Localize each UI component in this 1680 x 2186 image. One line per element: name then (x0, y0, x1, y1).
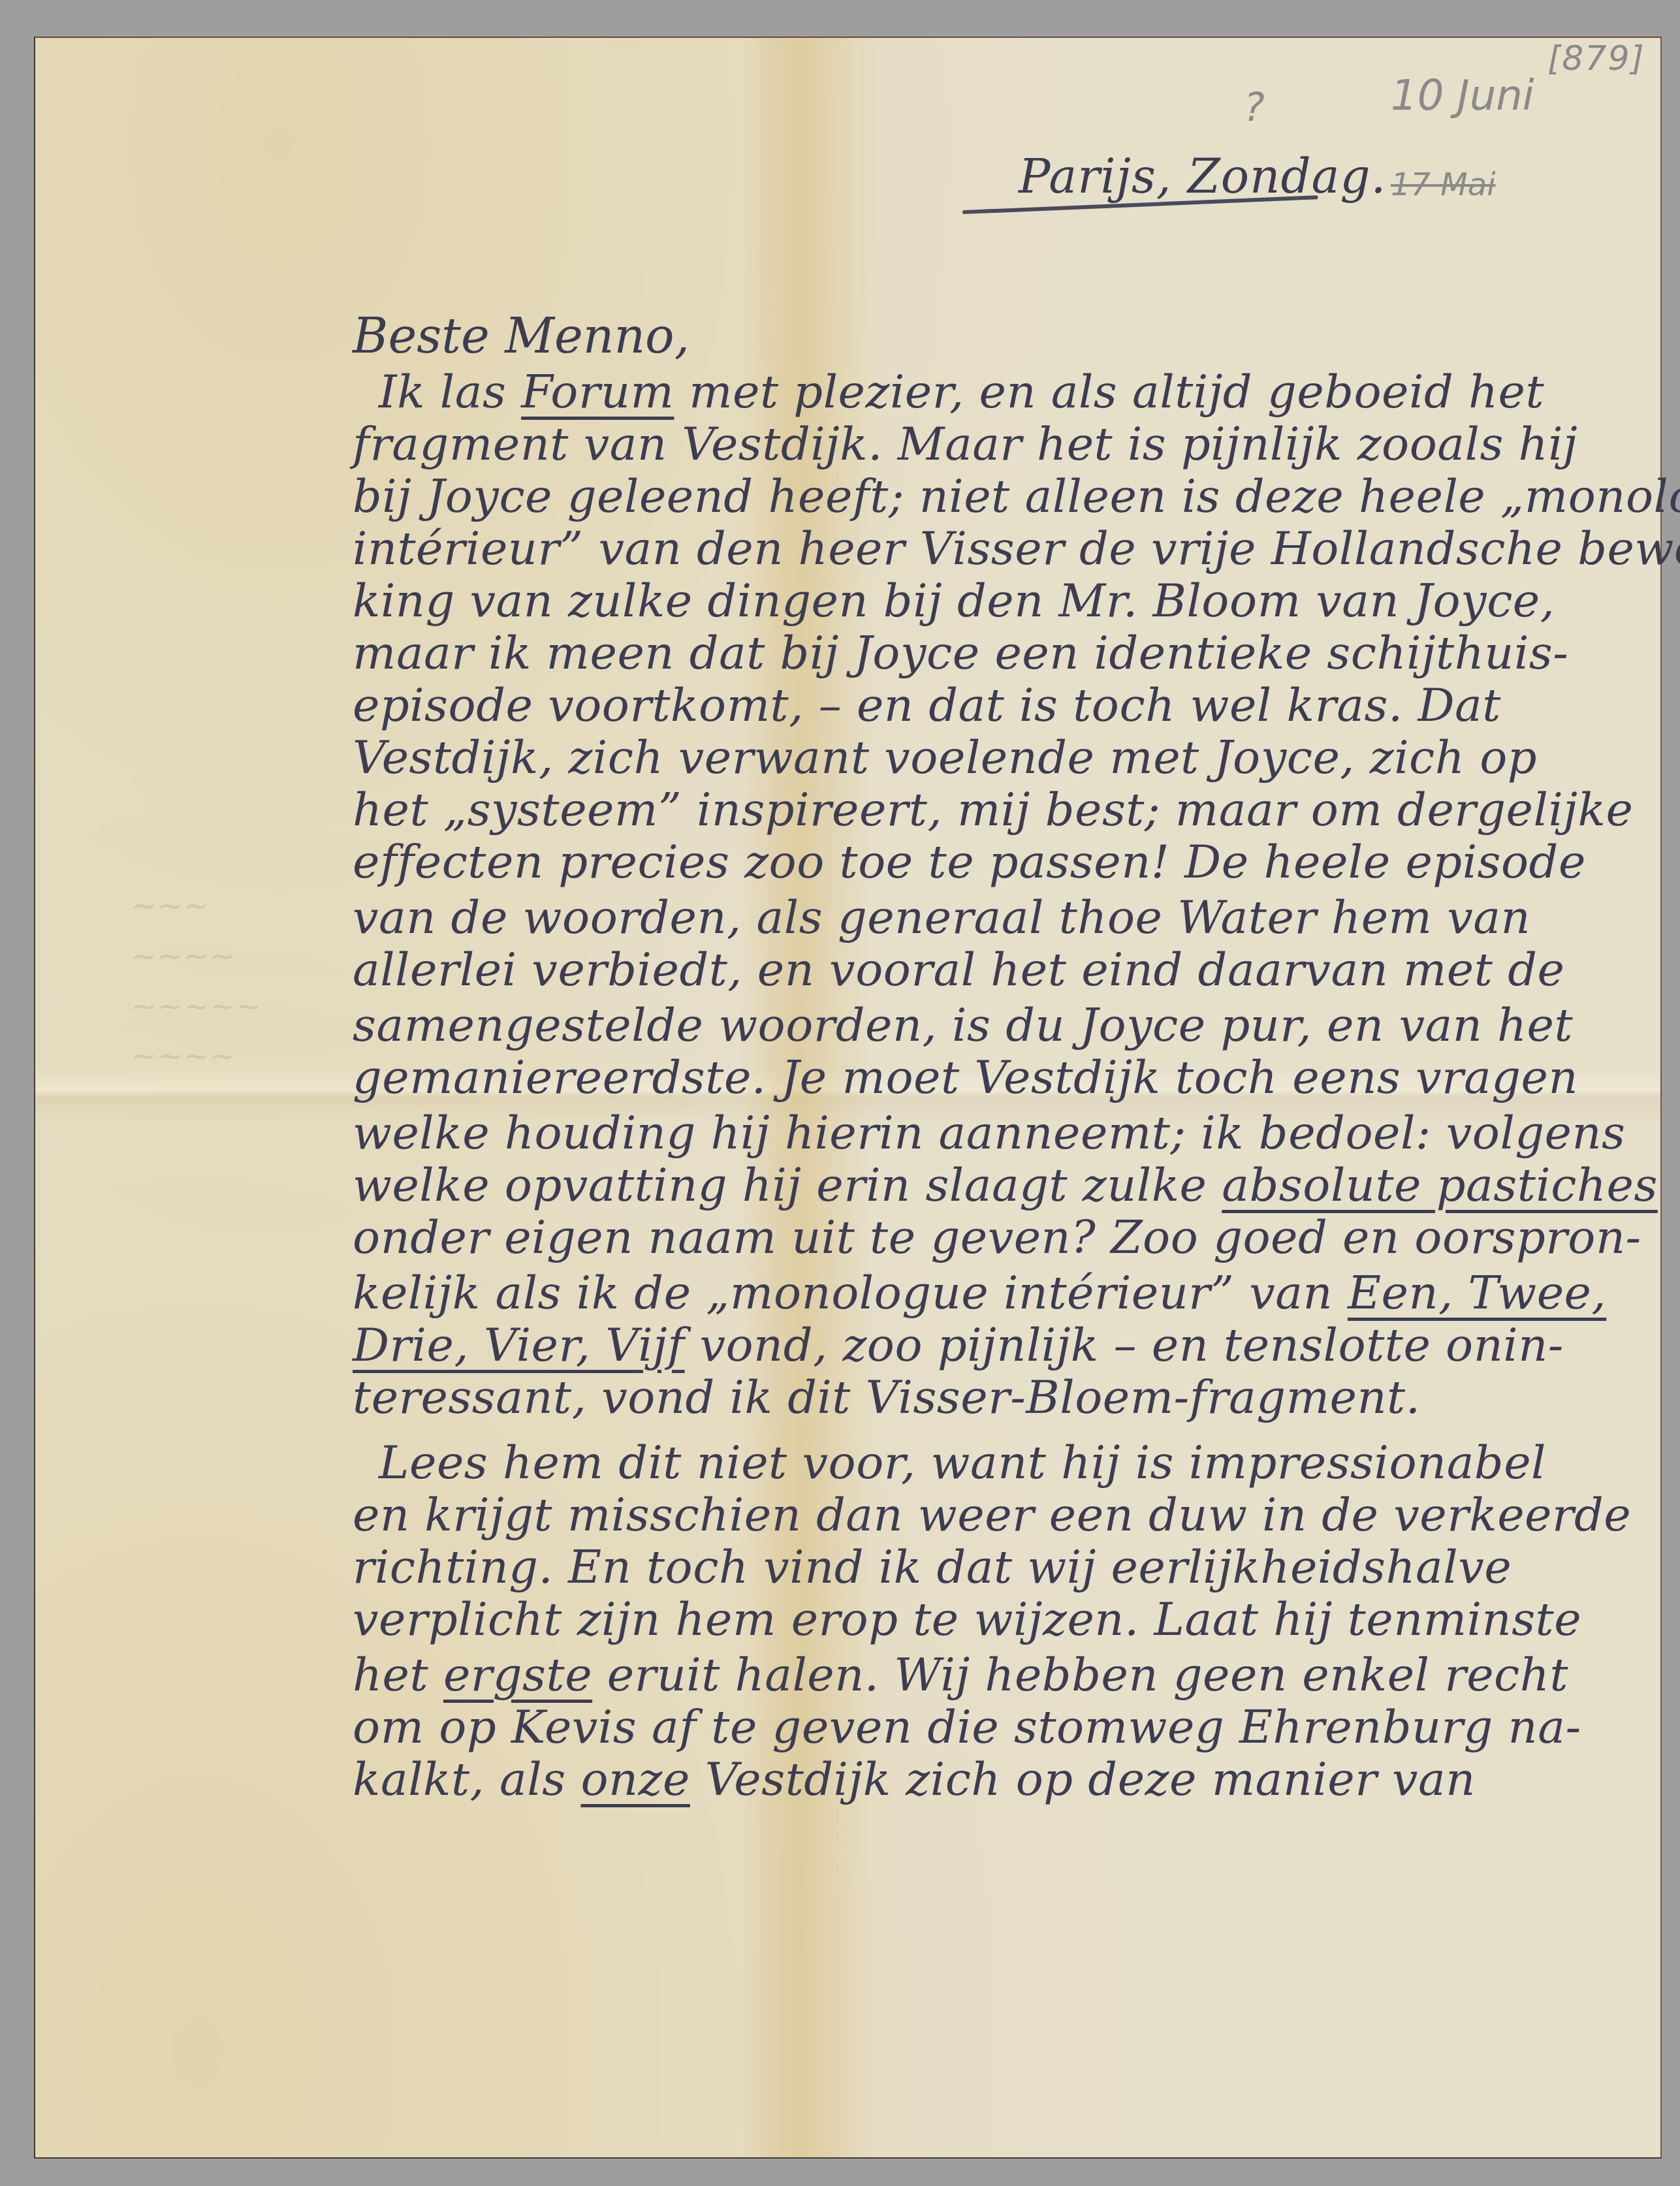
line-text: kelijk als ik de „monologue intérieur” v… (353, 1266, 1348, 1320)
line-text: Vestdijk, zich verwant voelende met Joyc… (353, 731, 1537, 784)
letter-line: maar ik meen dat bij Joyce een identieke… (353, 630, 1568, 676)
line-text-rest: vond, zoo pijnlijk – en tenslotte onin- (685, 1318, 1564, 1372)
letter-line: om op Kevis af te geven die stomweg Ehre… (353, 1704, 1581, 1750)
line-text: verplicht zijn hem erop te wijzen. Laat … (353, 1592, 1581, 1646)
line-text: het „systeem” inspireert, mij best; maar… (353, 783, 1633, 836)
letter-line: het ergste eruit halen. Wij hebben geen … (353, 1652, 1568, 1698)
line-text: Lees hem dit niet voor, want hij is impr… (379, 1436, 1546, 1489)
letter-line: welke opvatting hij erin slaagt zulke ab… (353, 1162, 1658, 1208)
line-text: king van zulke dingen bij den Mr. Bloom … (353, 574, 1555, 627)
letter-line: allerlei verbiedt, en vooral het eind da… (353, 947, 1564, 992)
line-text: Ik las (379, 365, 521, 419)
letter-line: Vestdijk, zich verwant voelende met Joyc… (353, 735, 1537, 780)
line-text: welke opvatting hij erin slaagt zulke (353, 1158, 1222, 1212)
underlined-text: absolute pastiches (1222, 1158, 1658, 1212)
line-text: kalkt, als (353, 1752, 580, 1806)
line-text: richting. En toch vind ik dat wij eerlij… (353, 1540, 1512, 1594)
letter-line: van de woorden, als generaal thoe Water … (353, 895, 1530, 940)
letter-line: effecten precies zoo toe te passen! De h… (353, 839, 1586, 885)
underlined-text: onze (580, 1752, 690, 1806)
line-text: episode voortkomt, – en dat is toch wel … (353, 678, 1501, 732)
letter-line: episode voortkomt, – en dat is toch wel … (353, 682, 1501, 728)
line-text-rest: met plezier, en als altijd geboeid het (674, 365, 1544, 419)
line-text: onder eigen naam uit te geven? Zoo goed … (353, 1211, 1641, 1264)
letter-line: onder eigen naam uit te geven? Zoo goed … (353, 1214, 1641, 1260)
letter-line: verplicht zijn hem erop te wijzen. Laat … (353, 1596, 1581, 1642)
letter-line: teressant, vond ik dit Visser-Bloem-frag… (353, 1374, 1420, 1420)
letter-line: king van zulke dingen bij den Mr. Bloom … (353, 578, 1555, 624)
line-text: samengestelde woorden, is du Joyce pur, … (353, 998, 1573, 1052)
letter-body: Ik las Forum met plezier, en als altijd … (0, 0, 1680, 2186)
letter-line: bij Joyce geleend heeft; niet alleen is … (353, 473, 1680, 519)
line-text: intérieur” van den heer Visser de vrije … (353, 522, 1680, 575)
line-text: bij Joyce geleend heeft; niet alleen is … (353, 469, 1680, 523)
letter-line: richting. En toch vind ik dat wij eerlij… (353, 1544, 1512, 1590)
line-text: teressant, vond ik dit Visser-Bloem-frag… (353, 1370, 1420, 1424)
line-text-rest: Vestdijk zich op deze manier van (690, 1752, 1476, 1806)
letter-line: gemaniereerdste. Je moet Vestdijk toch e… (353, 1054, 1578, 1100)
underlined-text: Een, Twee, (1348, 1266, 1606, 1320)
line-text: gemaniereerdste. Je moet Vestdijk toch e… (353, 1051, 1578, 1104)
line-text: van de woorden, als generaal thoe Water … (353, 891, 1530, 944)
line-text: het (353, 1648, 443, 1702)
underlined-text: ergste (443, 1648, 592, 1702)
letter-line: intérieur” van den heer Visser de vrije … (353, 526, 1680, 571)
letter-line: kalkt, als onze Vestdijk zich op deze ma… (353, 1756, 1476, 1802)
letter-line: Lees hem dit niet voor, want hij is impr… (379, 1440, 1546, 1485)
line-text: welke houding hij hierin aanneemt; ik be… (353, 1106, 1626, 1160)
letter-line: en krijgt misschien dan weer een duw in … (353, 1492, 1631, 1538)
underlined-text: Forum (521, 365, 674, 419)
letter-line: fragment van Vestdijk. Maar het is pijnl… (353, 421, 1577, 467)
line-text-rest: eruit halen. Wij hebben geen enkel recht (592, 1648, 1568, 1702)
line-text: effecten precies zoo toe te passen! De h… (353, 835, 1586, 889)
line-text: om op Kevis af te geven die stomweg Ehre… (353, 1700, 1581, 1754)
letter-line: Drie, Vier, Vijf vond, zoo pijnlijk – en… (353, 1322, 1564, 1368)
letter-line: welke houding hij hierin aanneemt; ik be… (353, 1110, 1626, 1156)
line-text: fragment van Vestdijk. Maar het is pijnl… (353, 417, 1577, 471)
line-text: maar ik meen dat bij Joyce een identieke… (353, 626, 1568, 680)
letter-line: kelijk als ik de „monologue intérieur” v… (353, 1270, 1606, 1316)
line-text: allerlei verbiedt, en vooral het eind da… (353, 943, 1564, 996)
letter-line: samengestelde woorden, is du Joyce pur, … (353, 1002, 1573, 1048)
letter-line: het „systeem” inspireert, mij best; maar… (353, 787, 1633, 832)
line-text: en krijgt misschien dan weer een duw in … (353, 1488, 1631, 1542)
underlined-text: Drie, Vier, Vijf (353, 1318, 685, 1372)
letter-line: Ik las Forum met plezier, en als altijd … (379, 369, 1544, 415)
